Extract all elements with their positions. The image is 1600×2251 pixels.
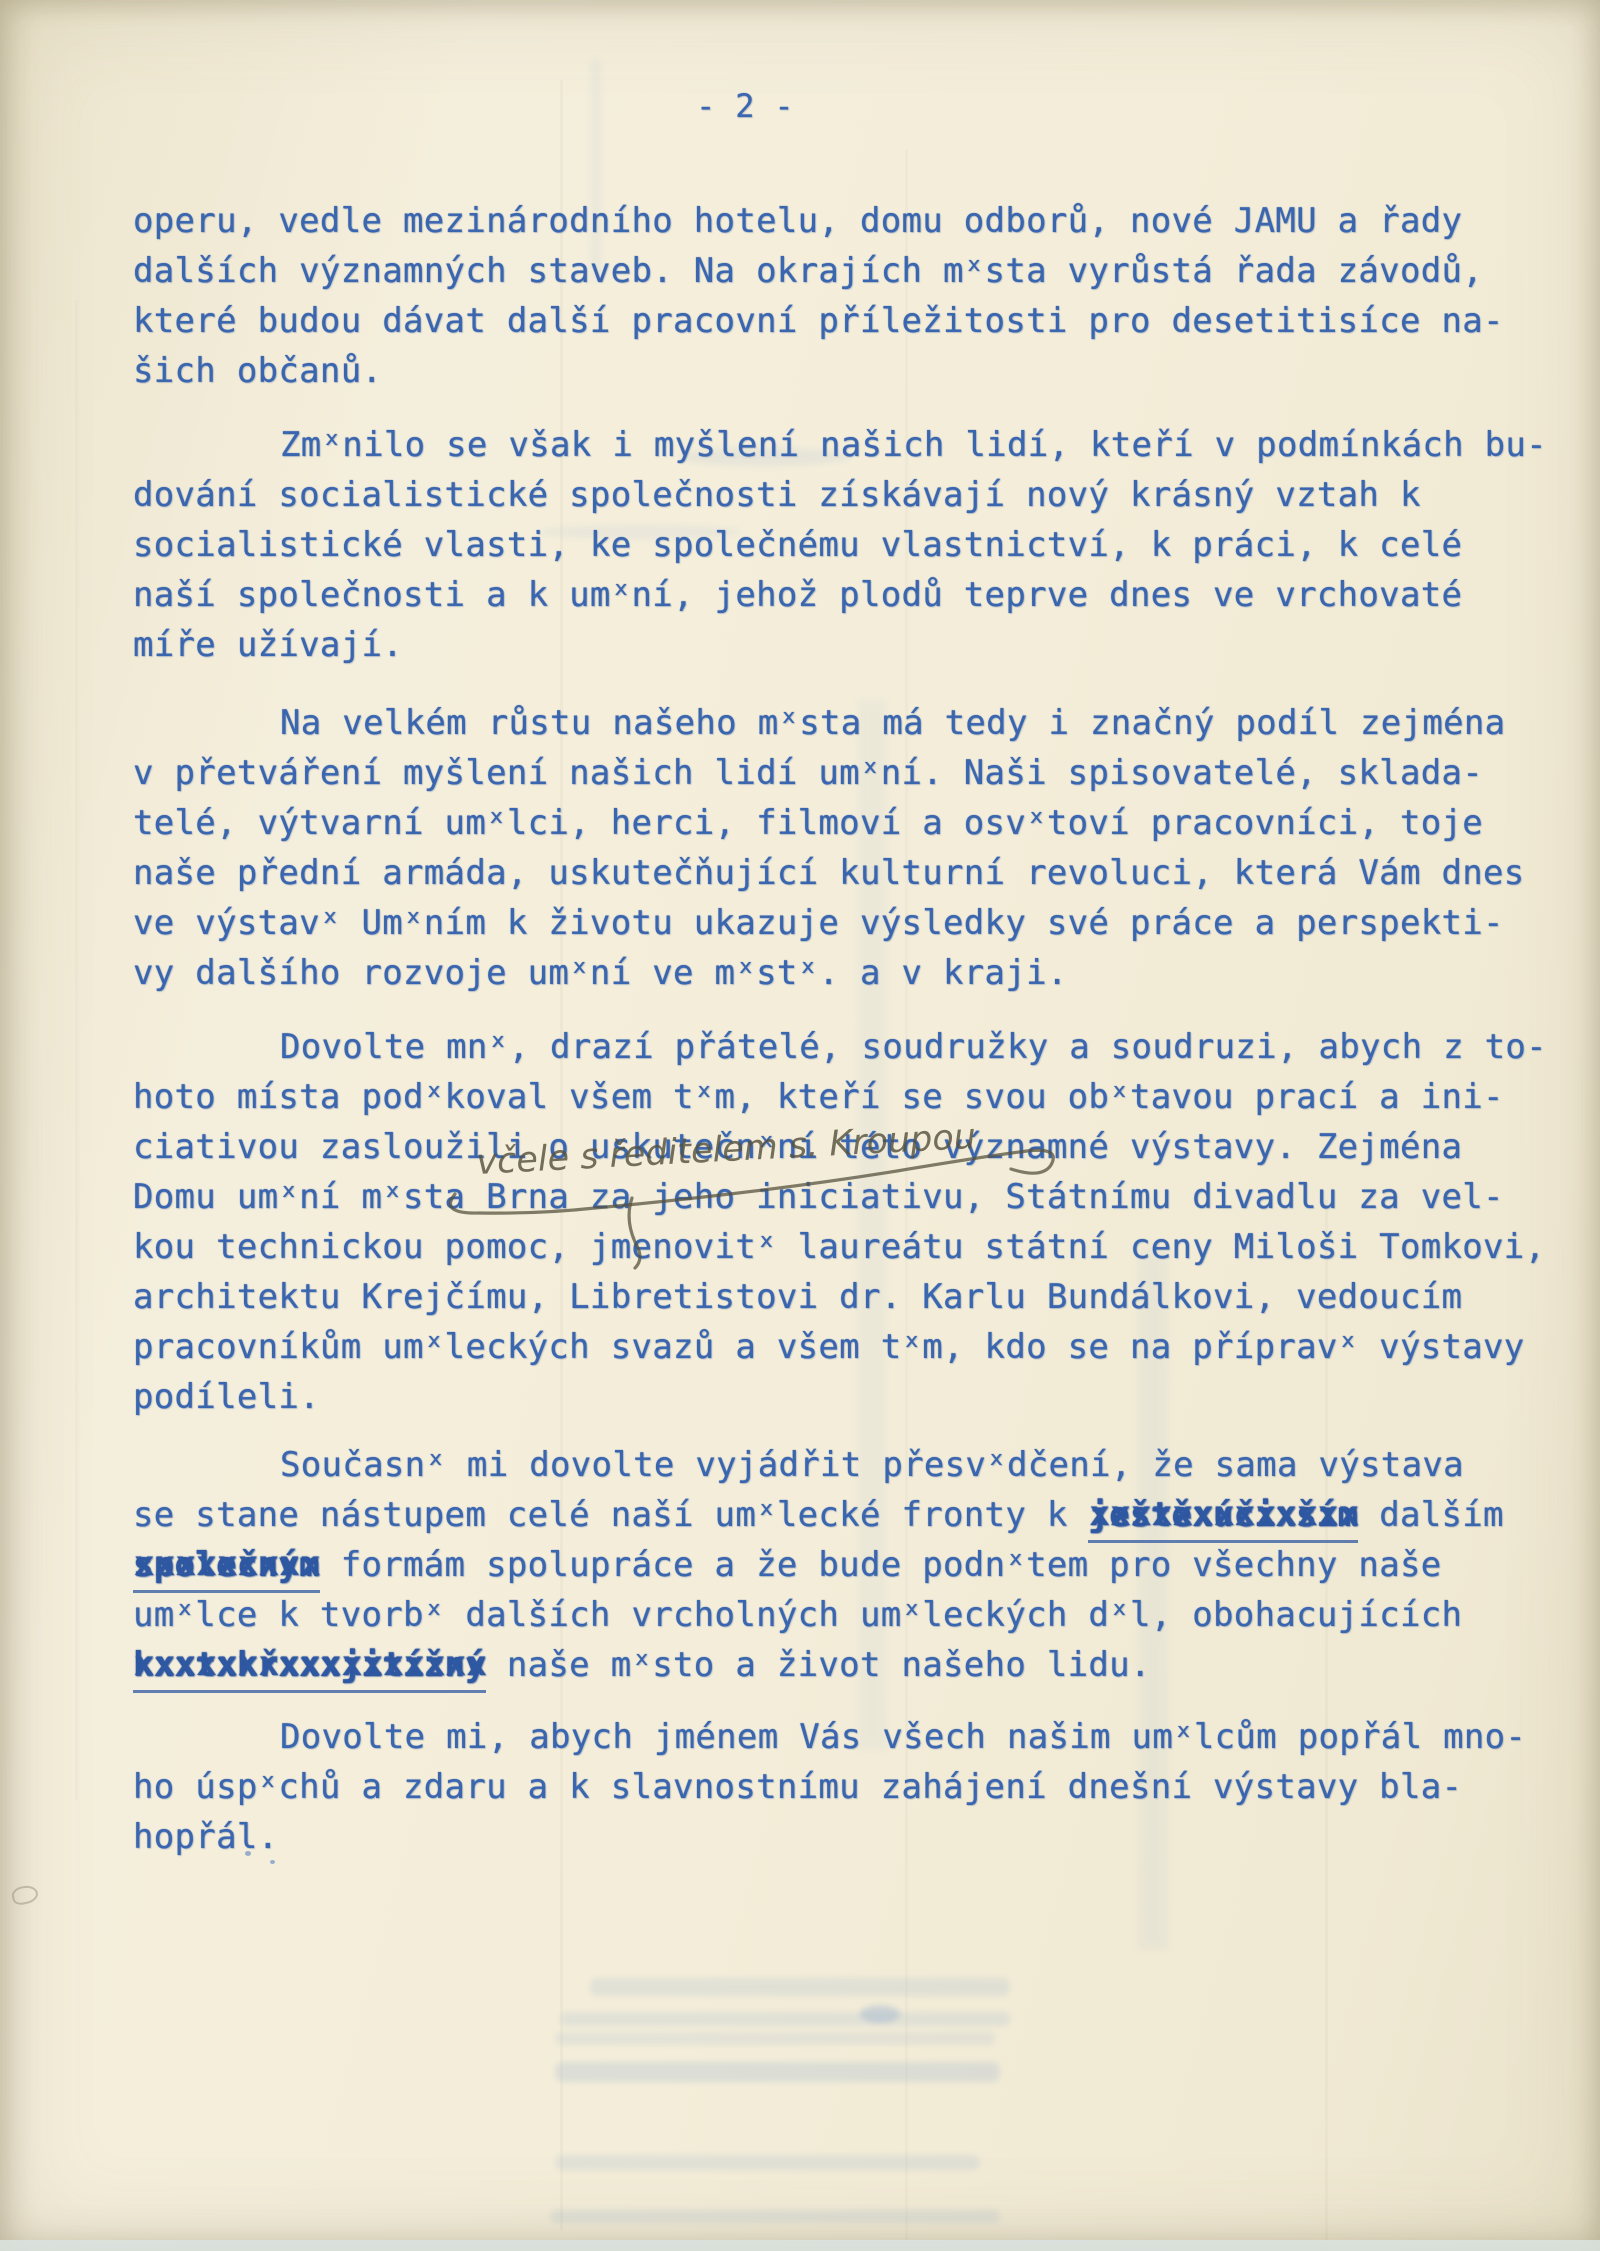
crossed-out-word: kxxtxkřxxxjitížný	[133, 1640, 486, 1693]
text-line: socialistické vlasti, ke společnému vlas…	[133, 520, 1573, 570]
text-line: podíleli.	[133, 1372, 1573, 1422]
annotation-insertion-caret	[629, 1198, 640, 1268]
crossed-out-word: společným	[133, 1540, 320, 1593]
paragraph-1: operu, vedle mezinárodního hotelu, domu …	[133, 196, 1573, 396]
text-line: vy dalšího rozvoje umˣní ve mˣstˣ. a v k…	[133, 948, 1573, 998]
text-segment: naše mˣsto a život našeho lidu.	[486, 1645, 1151, 1685]
text-line: v přetváření myšlení našich lidí umˣní. …	[133, 748, 1573, 798]
text-line: kxxtxkřxxxjitížný naše mˣsto a život naš…	[133, 1640, 1573, 1690]
crossed-out-word: ještěxúčixším	[1088, 1490, 1358, 1543]
text-line: operu, vedle mezinárodního hotelu, domu …	[133, 196, 1573, 246]
text-line: šich občanů.	[133, 346, 1573, 396]
paragraph-2: Zmˣnilo se však i myšlení našich lidí, k…	[133, 420, 1573, 670]
page-number: - 2 -	[0, 84, 1490, 128]
text-line: ve výstavˣ Umˣním k životu ukazuje výsle…	[133, 898, 1573, 948]
scan-edge	[0, 2240, 1600, 2251]
text-line: Současnˣ mi dovolte vyjádřit přesvˣdčení…	[133, 1440, 1573, 1490]
handwritten-annotation: včele s ředitelem s. Kroupou	[425, 1118, 1085, 1278]
paragraph-6: Dovolte mi, abych jménem Vás všech našim…	[133, 1712, 1573, 1862]
text-line: naše přední armáda, uskutečňující kultur…	[133, 848, 1573, 898]
bleed-through-smudge	[555, 2155, 980, 2170]
text-line: ho úspˣchů a zdaru a k slavnostnímu zahá…	[133, 1762, 1573, 1812]
text-line: Na velkém růstu našeho mˣsta má tedy i z…	[133, 698, 1573, 748]
text-segment: dalším	[1358, 1495, 1503, 1535]
text-line: se stane nástupem celé naší umˣlecké fro…	[133, 1490, 1573, 1540]
text-line: Dovolte mi, abych jménem Vás všech našim…	[133, 1712, 1573, 1762]
text-line: Dovolte mnˣ, drazí přátelé, soudružky a …	[133, 1022, 1573, 1072]
paragraph-3: Na velkém růstu našeho mˣsta má tedy i z…	[133, 698, 1573, 998]
text-line: umˣlce k tvorbˣ dalších vrcholných umˣle…	[133, 1590, 1573, 1640]
text-segment: se stane nástupem celé naší umˣlecké fro…	[133, 1495, 1088, 1535]
text-segment: formám spolupráce a že bude podnˣtem pro…	[320, 1545, 1442, 1585]
text-line: hopřál.	[133, 1812, 1573, 1862]
text-line: dalších významných staveb. Na okrajích m…	[133, 246, 1573, 296]
bleed-through-smudge	[555, 2062, 1000, 2082]
text-line: architektu Krejčímu, Libretistovi dr. Ka…	[133, 1272, 1573, 1322]
text-line: pracovníkům umˣleckých svazů a všem tˣm,…	[133, 1322, 1573, 1372]
text-line: dování socialistické společnosti získáva…	[133, 470, 1573, 520]
handwritten-annotation-text: včele s ředitelem s. Kroupou	[475, 1118, 976, 1183]
scanned-typewritten-page: - 2 - operu, vedle mezinárodního hotelu,…	[0, 0, 1600, 2251]
pencil-mark	[10, 1883, 39, 1906]
paragraph-5: Současnˣ mi dovolte vyjádřit přesvˣdčení…	[133, 1440, 1573, 1690]
bleed-through-smudge	[555, 2032, 995, 2045]
ink-smudge	[860, 2005, 900, 2023]
text-line: míře užívají.	[133, 620, 1573, 670]
text-line: Zmˣnilo se však i myšlení našich lidí, k…	[133, 420, 1573, 470]
text-line: které budou dávat další pracovní příleži…	[133, 296, 1573, 346]
text-line: hoto místa podˣkoval všem tˣm, kteří se …	[133, 1072, 1573, 1122]
text-line: naší společnosti a k umˣní, jehož plodů …	[133, 570, 1573, 620]
bleed-through-smudge	[560, 2012, 1010, 2026]
bleed-through-smudge	[550, 2210, 1000, 2223]
paper-crease	[75, 300, 78, 1800]
text-line: telé, výtvarní umˣlci, herci, filmoví a …	[133, 798, 1573, 848]
text-line: společným formám spolupráce a že bude po…	[133, 1540, 1573, 1590]
bleed-through-smudge	[590, 1978, 1010, 1996]
